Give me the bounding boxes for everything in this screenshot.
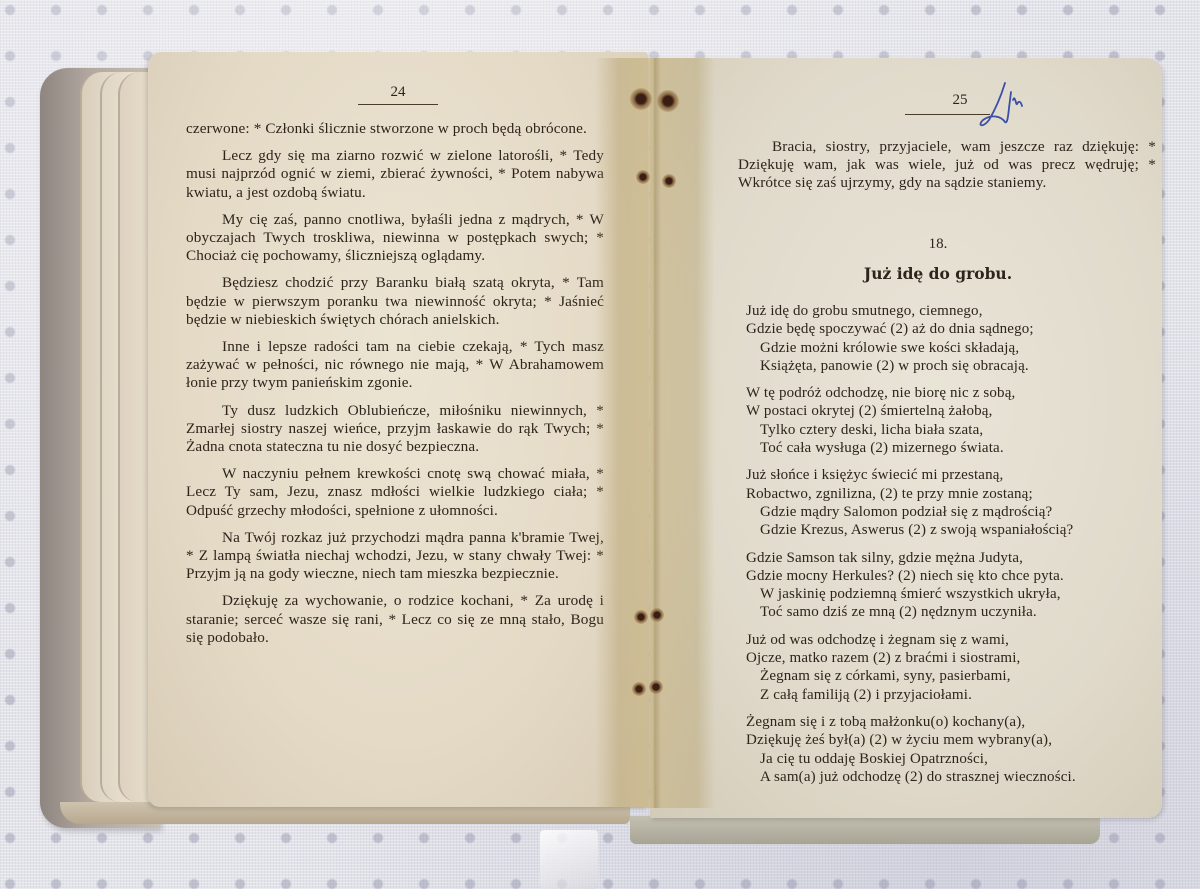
verse: Już od was odchodzę i żegnam się z wami,… bbox=[746, 631, 1166, 704]
verse-line: Ja cię tu oddaję Boskiej Opatrzności, bbox=[746, 750, 1166, 768]
paragraph: Ty dusz ludzkich Oblubieńcze, miłośniku … bbox=[186, 402, 604, 457]
page-number-rule bbox=[358, 104, 438, 105]
verse-line: W jaskinię podziemną śmierć wszystkich u… bbox=[746, 585, 1166, 603]
page-number-left: 24 bbox=[358, 84, 438, 101]
verse-line: W postaci okrytej (2) śmiertelną żałobą, bbox=[746, 402, 1166, 420]
verse-line: Toć samo dziś ze mną (2) nędznym uczynił… bbox=[746, 603, 1166, 621]
handwritten-signature-icon bbox=[975, 80, 1035, 130]
verse-line: Robactwo, zgnilizna, (2) te przy mnie zo… bbox=[746, 485, 1166, 503]
left-page: 24 czerwone: * Członki ślicznie stworzon… bbox=[148, 52, 648, 807]
staple-hole-icon bbox=[649, 680, 663, 694]
staple-hole-icon bbox=[636, 170, 650, 184]
verse-line: Już idę do grobu smutnego, ciemnego, bbox=[746, 302, 1166, 320]
paragraph: Na Twój rozkaz już przychodzi mądra pann… bbox=[186, 529, 604, 584]
verse-line: Już od was odchodzę i żegnam się z wami, bbox=[746, 631, 1166, 649]
staple-hole-icon bbox=[634, 610, 648, 624]
verse: Żegnam się i z tobą małżonku(o) kochany(… bbox=[746, 713, 1166, 786]
verse-line: Gdzie mądry Salomon podział się z mądroś… bbox=[746, 503, 1166, 521]
verse-line: Żegnam się z córkami, syny, pasierbami, bbox=[746, 667, 1166, 685]
verse-line: Toć cała wysługa (2) mizernego świata. bbox=[746, 439, 1166, 457]
song-verses: Już idę do grobu smutnego, ciemnego,Gdzi… bbox=[746, 302, 1166, 795]
verse-line: Dziękuję żeś był(a) (2) w życiu mem wybr… bbox=[746, 731, 1166, 749]
paragraph: Będziesz chodzić przy Baranku białą szat… bbox=[186, 274, 604, 329]
paragraph: W naczyniu pełnem krewkości cnotę swą ch… bbox=[186, 465, 604, 520]
paragraph: Dziękuję za wychowanie, o rodzice kochan… bbox=[186, 592, 604, 647]
verse-line: W tę podróż odchodzę, nie biorę nic z so… bbox=[746, 384, 1166, 402]
staple-hole-icon bbox=[657, 90, 679, 112]
paragraph: Lecz gdy się ma ziarno rozwić w zielone … bbox=[186, 147, 604, 202]
paragraph: Inne i lepsze radości tam na ciebie czek… bbox=[186, 338, 604, 393]
verse-line: Gdzie możni królowie swe kości składają, bbox=[746, 339, 1166, 357]
verse: Już idę do grobu smutnego, ciemnego,Gdzi… bbox=[746, 302, 1166, 375]
verse: Już słońce i księżyc świecić mi przestan… bbox=[746, 466, 1166, 539]
staple-hole-icon bbox=[662, 174, 676, 188]
song-title: Już idę do grobu. bbox=[738, 264, 1138, 283]
left-page-text: czerwone: * Członki ślicznie stworzone w… bbox=[186, 120, 604, 656]
right-page: 25 Bracia, siostry, przyjaciele, wam jes… bbox=[650, 58, 1162, 818]
verse-line: A sam(a) już odchodzę (2) do strasznej w… bbox=[746, 768, 1166, 786]
verse-line: Ojcze, matko razem (2) z braćmi i siostr… bbox=[746, 649, 1166, 667]
plastic-tab bbox=[540, 830, 598, 889]
paragraph: czerwone: * Członki ślicznie stworzone w… bbox=[186, 120, 604, 138]
open-book: 24 czerwone: * Członki ślicznie stworzon… bbox=[40, 52, 1170, 842]
verse-line: Żegnam się i z tobą małżonku(o) kochany(… bbox=[746, 713, 1166, 731]
verse-line: Gdzie Samson tak silny, gdzie mężna Judy… bbox=[746, 549, 1166, 567]
verse-line: Gdzie mocny Herkules? (2) niech się kto … bbox=[746, 567, 1166, 585]
song-number: 18. bbox=[738, 236, 1138, 253]
verse-line: Tylko cztery deski, licha biała szata, bbox=[746, 421, 1166, 439]
verse-line: Gdzie Krezus, Aswerus (2) z swoją wspani… bbox=[746, 521, 1166, 539]
closing-paragraph: Bracia, siostry, przyjaciele, wam jeszcz… bbox=[738, 138, 1156, 193]
verse-line: Książęta, panowie (2) w proch się obraca… bbox=[746, 357, 1166, 375]
right-pages-bottom-edge bbox=[630, 816, 1100, 844]
paragraph: My cię zaś, panno cnotliwa, byłaśli jedn… bbox=[186, 211, 604, 266]
staple-hole-icon bbox=[630, 88, 652, 110]
verse: Gdzie Samson tak silny, gdzie mężna Judy… bbox=[746, 549, 1166, 622]
staple-hole-icon bbox=[650, 608, 664, 622]
verse-line: Gdzie będę spoczywać (2) aż do dnia sądn… bbox=[746, 320, 1166, 338]
verse-line: Z całą familiją (2) i przyjaciołami. bbox=[746, 686, 1166, 704]
staple-hole-icon bbox=[632, 682, 646, 696]
verse: W tę podróż odchodzę, nie biorę nic z so… bbox=[746, 384, 1166, 457]
verse-line: Już słońce i księżyc świecić mi przestan… bbox=[746, 466, 1166, 484]
